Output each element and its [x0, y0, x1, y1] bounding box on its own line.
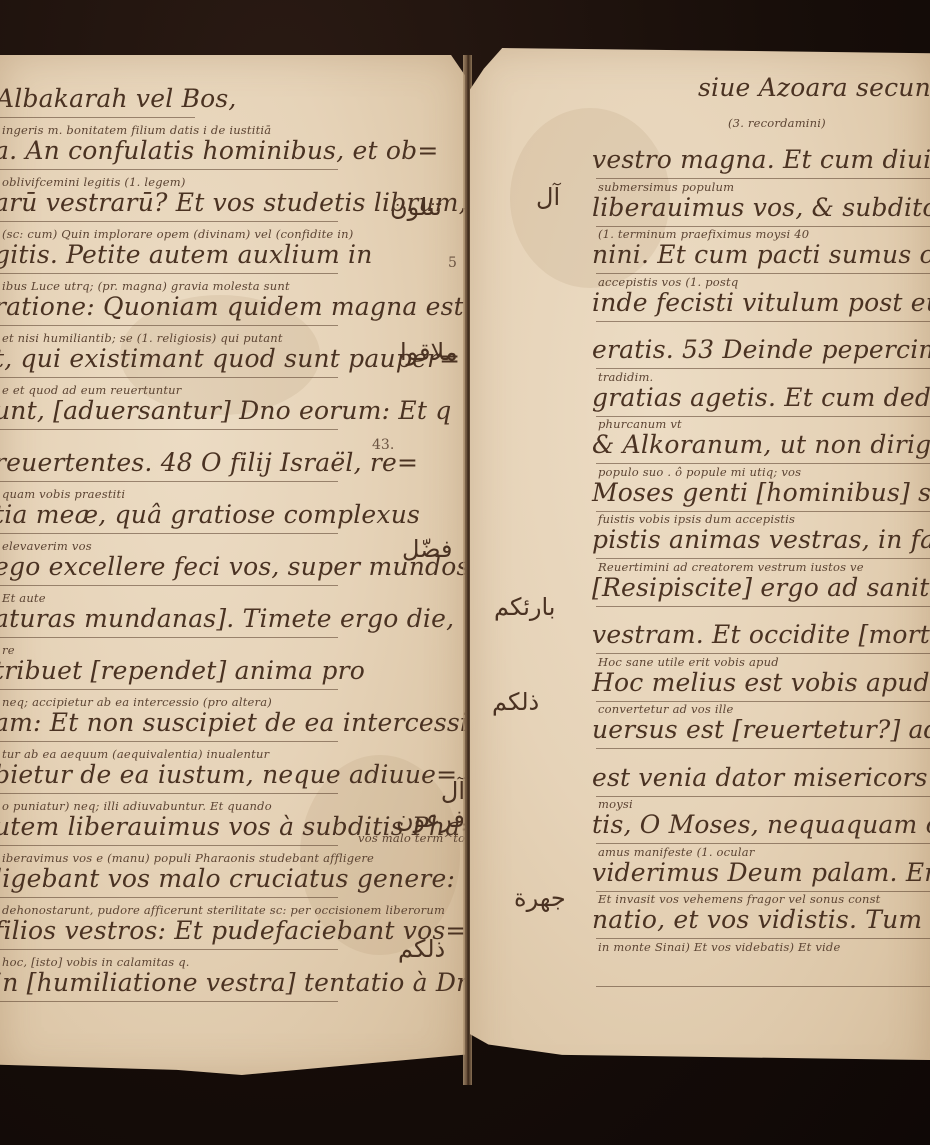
manuscript-line: liberauimus vos, & subditos Pharaonis [592, 194, 930, 222]
interlinear-gloss: amus manifeste (1. ocular [598, 845, 755, 859]
page-heading: Albakarah vel Bos, [0, 85, 237, 113]
underline [0, 1001, 338, 1002]
arabic-marginal-word: فضّل [402, 535, 452, 563]
underline [0, 585, 338, 586]
interlinear-gloss: dehonostarunt, pudore afficerunt sterili… [2, 903, 445, 917]
arabic-marginal-word: آل [536, 183, 560, 211]
underline [596, 796, 930, 797]
underline [0, 325, 338, 326]
heading-text: siue Azoara secunda [698, 73, 930, 102]
interlinear-gloss: convertetur ad vos ille [598, 702, 733, 716]
underline [0, 845, 338, 846]
interlinear-gloss: Reuertimini ad creatorem vestrum iustos … [598, 560, 864, 574]
manuscript-line: eratis. 53 Deinde pepercimus vobis [592, 336, 930, 364]
underline [0, 897, 338, 898]
manuscript-line: ego excellere feci vos, super mundos [0, 553, 465, 581]
interlinear-gloss: iberavimus vos e (manu) populi Pharaonis… [2, 851, 374, 865]
manuscript-line: vestro magna. Et cum diuisimus [592, 146, 930, 174]
manuscript-line: vestram. Et occidite [mortificate [592, 621, 930, 649]
underline [596, 321, 930, 322]
interlinear-gloss: moysi [598, 797, 633, 811]
page-heading: siue Azoara secunda prima [698, 74, 930, 102]
interlinear-gloss: quam vobis praestiti [2, 487, 125, 501]
margin-number: 43. [372, 437, 394, 453]
manuscript-line: nini. Et cum pacti sumus cum Mose [592, 241, 930, 269]
manuscript-line: [Resipiscite] ergo ad sanitatem [ [592, 574, 930, 602]
manuscript-line: aturas mundanas]. Timete ergo die, [0, 605, 454, 633]
interlinear-gloss: in monte Sinai) Et vos videbatis) Et vid… [598, 940, 840, 954]
underline [596, 606, 930, 607]
interlinear-gloss: ibus Luce utrq; (pr. magna) gravia moles… [2, 279, 290, 293]
right-page: siue Azoara secunda prima (3. recordamin… [470, 48, 930, 1086]
manuscript-line: unt, [aduersantur] Dno eorum: Et q [0, 397, 451, 425]
interlinear-gloss: e et quod ad eum reuertuntur [2, 383, 181, 397]
underline [0, 637, 338, 638]
arabic-marginal-word: ملاقوا [400, 338, 458, 366]
arabic-marginal-word: آل فرعون [384, 777, 465, 833]
interlinear-gloss: re [2, 643, 15, 657]
underline [0, 481, 338, 482]
arabic-marginal-word: بارئكم [494, 593, 556, 621]
manuscript-line: tribuet [rependet] anima pro [0, 657, 365, 685]
arabic-marginal-word: ذلكم [398, 935, 445, 963]
underline [0, 221, 338, 222]
manuscript-line: gitis. Petite autem auxlium in [0, 241, 373, 269]
margin-gloss: vos malo term^to. [358, 831, 465, 845]
manuscript-line: a. An confulatis hominibus, et ob= [0, 137, 439, 165]
manuscript-line: inde fecisti vitulum post eum: Et [592, 289, 930, 317]
interlinear-gloss: fuistis vobis ipsis dum accepistis [598, 512, 795, 526]
arabic-marginal-word: ذلكم [492, 688, 539, 716]
interlinear-gloss: ingeris m. bonitatem filium datis i de i… [2, 123, 271, 137]
interlinear-gloss: (sc: cum) Quin implorare opem (divinam) … [2, 227, 353, 241]
interlinear-gloss: oblivifcemini legitis (1. legem) [2, 175, 186, 189]
manuscript-line: tia meæ, quâ gratiose complexus [0, 501, 420, 529]
interlinear-gloss: accepistis vos (1. postq [598, 275, 738, 289]
interlinear-gloss: Et invasit vos vehemens fragor vel sonus… [598, 892, 881, 906]
margin-number: 5 [448, 255, 457, 271]
manuscript-line: Hoc melius est vobis apud iusto [592, 669, 930, 697]
manuscript-line: Moses genti [hominibus] sua, O [592, 479, 930, 507]
underline [0, 273, 338, 274]
interlinear-gloss: elevaverim vos [2, 539, 92, 553]
interlinear-gloss: et nisi humiliantib; se (1. religiosis) … [2, 331, 283, 345]
manuscript-line: tis, O Moses, nequaquam crea [592, 811, 930, 839]
interlinear-gloss: (1. terminum praefiximus moysi 40 [598, 227, 809, 241]
manuscript-line: filios vestros: Et pudefaciebant vos= [0, 917, 465, 945]
underline [0, 949, 338, 950]
manuscript-line: ratione: Quoniam quidem magna est. [0, 293, 465, 321]
underline [0, 169, 338, 170]
underline [0, 533, 338, 534]
manuscript-line: t, qui existimant quod sunt pauper= [0, 345, 460, 373]
interlinear-gloss: submersimus populum [598, 180, 734, 194]
manuscript-line: am: Et non suscipiet de ea intercessi= [0, 709, 465, 737]
interlinear-gloss: tur ab ea aequum (aequivalentia) inualen… [2, 747, 269, 761]
left-page: Albakarah vel Bos, ingeris m. bonitatem … [0, 55, 465, 1075]
interlinear-gloss: populo suo . ô popule mi utiq; vos [598, 465, 801, 479]
interlinear-gloss: neq; accipietur ab ea intercessio (pro a… [2, 695, 272, 709]
underline [596, 748, 930, 749]
interlinear-gloss: phurcanum vt [598, 417, 682, 431]
manuscript-line: gratias agetis. Et cum dedimus [592, 384, 930, 412]
manuscript-line: & Alkoranum, ut non dirigemini [592, 431, 930, 459]
manuscript-line: reuertentes. 48 O filij Israël, re= [0, 449, 418, 477]
manuscript-line: natio, et vos vidistis. Tum suscit [592, 906, 930, 934]
interlinear-gloss: tradidim. [598, 370, 653, 384]
interlinear-gloss: Et aute [2, 591, 46, 605]
manuscript-line: in [humiliatione vestra] tentatio à Dno … [0, 969, 465, 997]
interlinear-gloss: o puniatur) neq; illi adiuvabuntur. Et q… [2, 799, 272, 813]
heading-gloss: (3. recordamini) [728, 116, 826, 130]
underline [0, 741, 338, 742]
manuscript-line: est venia dator misericors. 56 E [592, 764, 930, 792]
interlinear-gloss: hoc, [isto] vobis in calamitas q. [2, 955, 190, 969]
arabic-marginal-word: جهرة [514, 884, 566, 912]
underline [0, 793, 338, 794]
manuscript-line: ligebant vos malo cruciatus genere: [0, 865, 455, 893]
underline [0, 117, 195, 118]
arabic-marginal-word: تتلون [390, 193, 442, 221]
manuscript-line: pistis animas vestras, in faciendo [592, 526, 930, 554]
underline [0, 377, 338, 378]
interlinear-gloss: Hoc sane utile erit vobis apud [598, 655, 779, 669]
underline [596, 986, 930, 987]
underline [0, 429, 338, 430]
manuscript-line: uersus est [reuertetur?] ad vos: [592, 716, 930, 744]
manuscript-line: viderimus Deum palam. Ergo c [592, 859, 930, 887]
underline [0, 689, 338, 690]
